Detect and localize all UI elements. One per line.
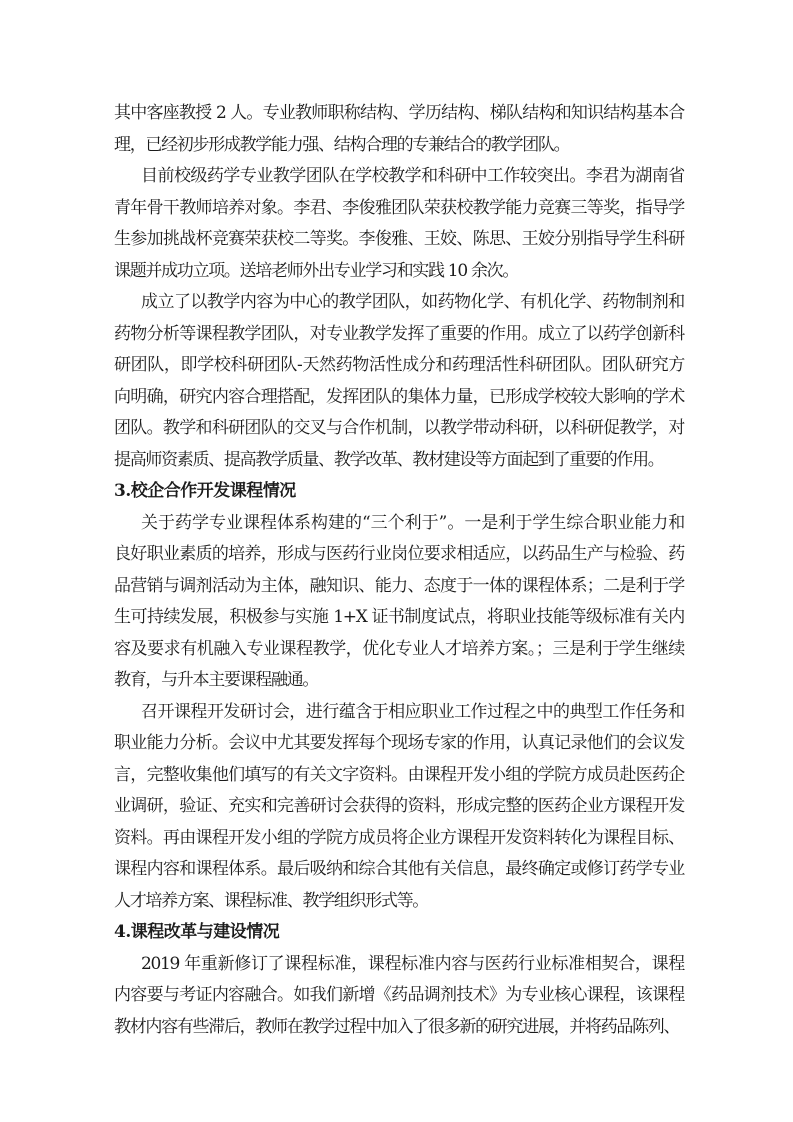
text-line: 品营销与调剂活动为主体，融知识、能力、态度于一体的课程体系；二是利于学 [114, 571, 684, 603]
text-line: 理，已经初步形成教学能力强、结构合理的专兼结合的教学团队。 [114, 130, 684, 162]
text-line: 召开课程开发研讨会，进行蕴含于相应职业工作过程之中的典型工作任务和 [114, 697, 684, 729]
text-line: 2019 年重新修订了课程标准，课程标准内容与医药行业标准相契合，课程 [114, 949, 684, 981]
text-line: 向明确，研究内容合理搭配，发挥团队的集体力量，已形成学校较大影响的学术 [114, 382, 684, 414]
text-line: 关于药学专业课程体系构建的“三个利于”。一是利于学生综合职业能力和 [114, 508, 684, 540]
text-line: 人才培养方案、课程标准、教学组织形式等。 [114, 886, 684, 918]
text-line: 目前校级药学专业教学团队在学校教学和科研中工作较突出。李君为湖南省 [114, 161, 684, 193]
section-heading: 3.校企合作开发课程情况 [114, 476, 684, 508]
body-paragraph: 召开课程开发研讨会，进行蕴含于相应职业工作过程之中的典型工作任务和职业能力分析。… [114, 697, 684, 918]
text-line: 4.课程改革与建设情况 [114, 917, 684, 949]
text-line: 容及要求有机融入专业课程教学，优化专业人才培养方案。；三是利于学生继续 [114, 634, 684, 666]
body-paragraph: 其中客座教授 2 人。专业教师职称结构、学历结构、梯队结构和知识结构基本合理，已… [114, 98, 684, 161]
text-line: 内容要与考证内容融合。如我们新增《药品调剂技术》为专业核心课程，该课程 [114, 980, 684, 1012]
text-line: 3.校企合作开发课程情况 [114, 476, 684, 508]
text-line: 业调研，验证、充实和完善研讨会获得的资料，形成完整的医药企业方课程开发 [114, 791, 684, 823]
document-body: 其中客座教授 2 人。专业教师职称结构、学历结构、梯队结构和知识结构基本合理，已… [114, 98, 684, 1043]
text-line: 资料。再由课程开发小组的学院方成员将企业方课程开发资料转化为课程目标、 [114, 823, 684, 855]
text-line: 职业能力分析。会议中尤其要发挥每个现场专家的作用，认真记录他们的会议发 [114, 728, 684, 760]
text-line: 良好职业素质的培养，形成与医药行业岗位要求相适应，以药品生产与检验、药 [114, 539, 684, 571]
body-paragraph: 关于药学专业课程体系构建的“三个利于”。一是利于学生综合职业能力和良好职业素质的… [114, 508, 684, 697]
text-line: 教育，与升本主要课程融通。 [114, 665, 684, 697]
text-line: 研团队，即学校科研团队-天然药物活性成分和药理活性科研团队。团队研究方 [114, 350, 684, 382]
text-line: 成立了以教学内容为中心的教学团队，如药物化学、有机化学、药物制剂和 [114, 287, 684, 319]
text-line: 青年骨干教师培养对象。李君、李俊雅团队荣获校教学能力竞赛三等奖，指导学 [114, 193, 684, 225]
text-line: 课题并成功立项。送培老师外出专业学习和实践 10 余次。 [114, 256, 684, 288]
document-page: 其中客座教授 2 人。专业教师职称结构、学历结构、梯队结构和知识结构基本合理，已… [0, 0, 793, 1122]
body-paragraph: 2019 年重新修订了课程标准，课程标准内容与医药行业标准相契合，课程内容要与考… [114, 949, 684, 1044]
text-line: 团队。教学和科研团队的交叉与合作机制，以教学带动科研，以科研促教学，对 [114, 413, 684, 445]
text-line: 提高师资素质、提高教学质量、教学改革、教材建设等方面起到了重要的作用。 [114, 445, 684, 477]
text-line: 生参加挑战杯竞赛荣获校二等奖。李俊雅、王姣、陈思、王姣分别指导学生科研 [114, 224, 684, 256]
text-line: 药物分析等课程教学团队，对专业教学发挥了重要的作用。成立了以药学创新科 [114, 319, 684, 351]
text-line: 其中客座教授 2 人。专业教师职称结构、学历结构、梯队结构和知识结构基本合 [114, 98, 684, 130]
body-paragraph: 目前校级药学专业教学团队在学校教学和科研中工作较突出。李君为湖南省青年骨干教师培… [114, 161, 684, 287]
text-line: 课程内容和课程体系。最后吸纳和综合其他有关信息，最终确定或修订药学专业 [114, 854, 684, 886]
text-line: 言，完整收集他们填写的有关文字资料。由课程开发小组的学院方成员赴医药企 [114, 760, 684, 792]
text-line: 教材内容有些滞后，教师在教学过程中加入了很多新的研究进展，并将药品陈列、 [114, 1012, 684, 1044]
body-paragraph: 成立了以教学内容为中心的教学团队，如药物化学、有机化学、药物制剂和药物分析等课程… [114, 287, 684, 476]
text-line: 生可持续发展，积极参与实施 1+X 证书制度试点，将职业技能等级标准有关内 [114, 602, 684, 634]
section-heading: 4.课程改革与建设情况 [114, 917, 684, 949]
